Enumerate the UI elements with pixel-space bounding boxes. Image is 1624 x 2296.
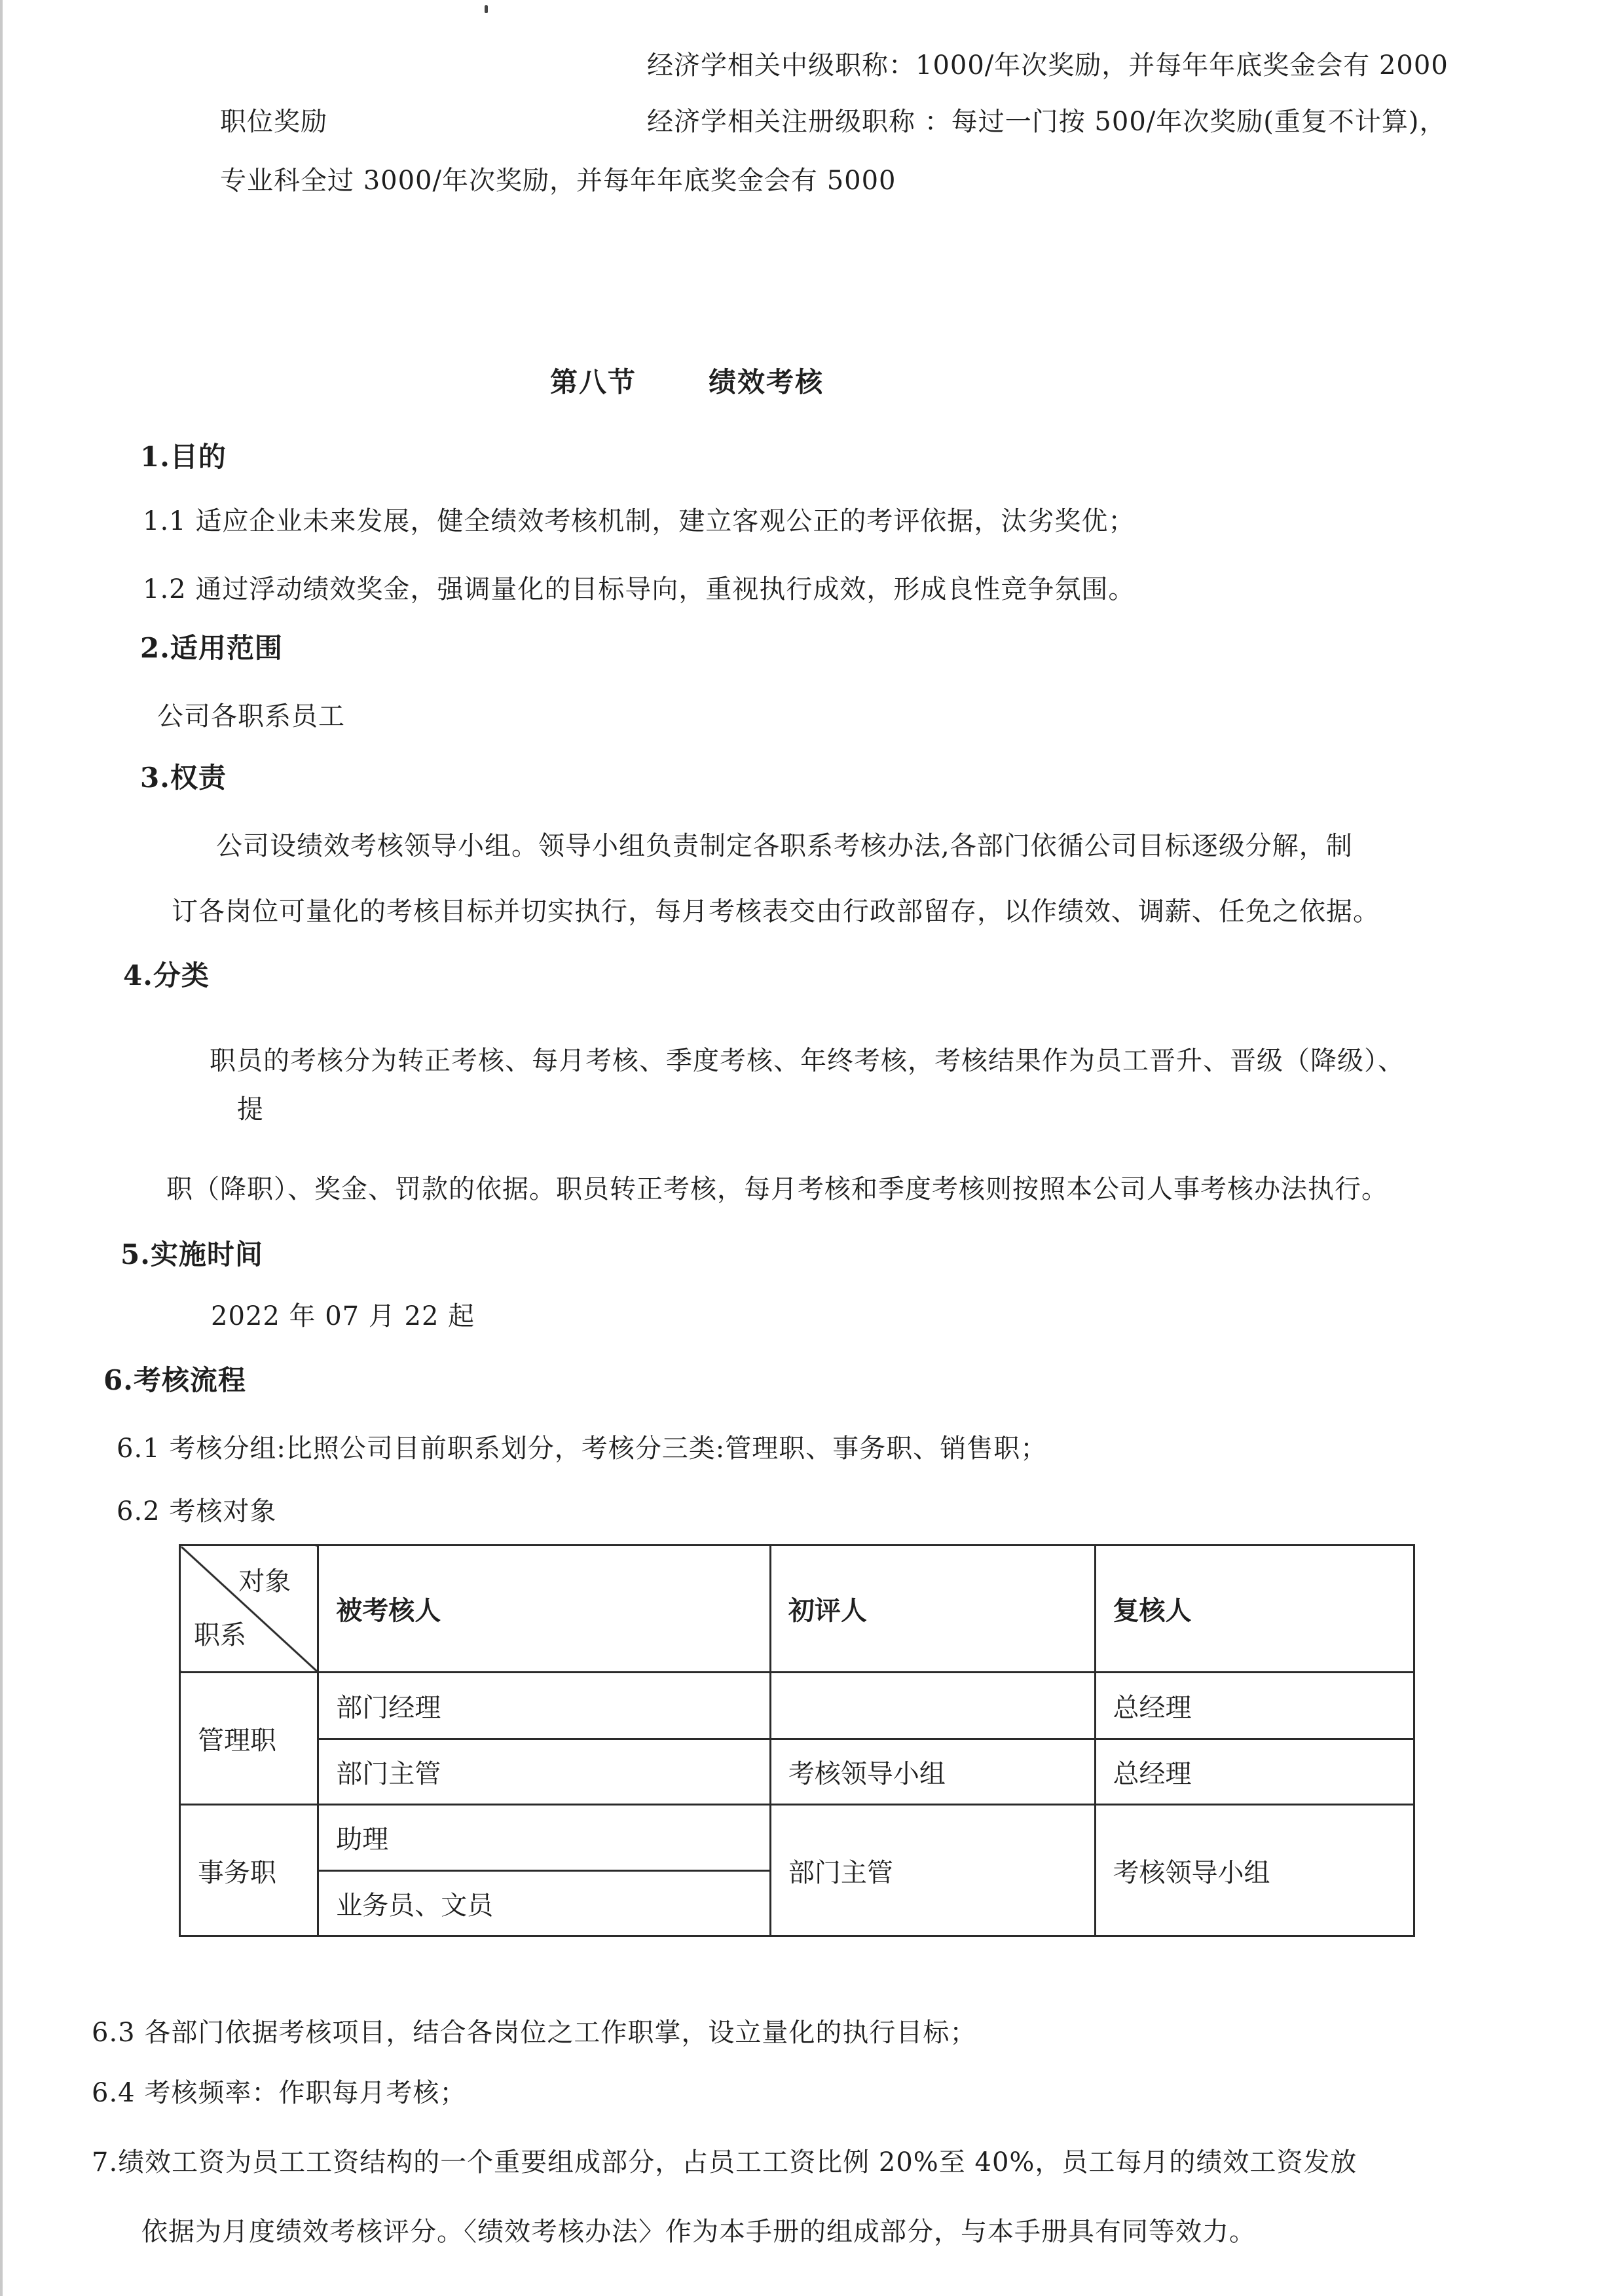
heading-responsibility: 3.权责 [140, 760, 227, 796]
heading-purpose: 1.目的 [140, 439, 227, 475]
section-number: 第八节 [550, 366, 637, 398]
classification-body-line-3: 职（降职）、奖金、罚款的依据。职员转正考核，每月考核和季度考核则按照本公司人事考… [166, 1171, 1388, 1208]
purpose-item-1-1: 1.1 适应企业未来发展，健全绩效考核机制，建立客观公正的考评依据，汰劣奖优； [143, 503, 1135, 540]
scan-artifact [485, 5, 488, 13]
table-row: 事务职 助理 部门主管 考核领导小组 [180, 1805, 1414, 1870]
corner-label-object: 对象 [238, 1561, 291, 1598]
assessment-table: 对象 职系 被考核人 初评人 复核人 管理职 部门经理 总经理 部门主管 考核领… [179, 1544, 1415, 1937]
heading-effective-date: 5.实施时间 [120, 1236, 263, 1273]
award-line-all-subjects: 专业科全过 3000/年次奖励，并每年年底奖金会有 5000 [220, 162, 896, 199]
process-item-6-3: 6.3 各部门依据考核项目，结合各岗位之工作职掌，设立量化的执行目标； [92, 2014, 976, 2051]
header-final-reviewer: 复核人 [1095, 1546, 1414, 1673]
final-reviewer-cell: 考核领导小组 [1095, 1805, 1414, 1936]
corner-label-category: 职系 [194, 1614, 246, 1652]
table-row: 部门主管 考核领导小组 总经理 [180, 1739, 1414, 1804]
process-item-6-2: 6.2 考核对象 [117, 1493, 276, 1530]
category-administrative: 事务职 [180, 1805, 318, 1936]
final-reviewer-cell: 总经理 [1095, 1672, 1414, 1739]
award-line-registered-title: 经济学相关注册级职称 ：每过一门按 500/年次奖励(重复不计算)， [647, 103, 1446, 140]
process-item-6-4: 6.4 考核频率：作职每月考核； [92, 2075, 466, 2111]
subject-cell: 助理 [318, 1805, 771, 1870]
classification-body-line-1: 职员的考核分为转正考核、每月考核、季度考核、年终考核，考核结果作为员工晋升、晋级… [210, 1043, 1405, 1079]
table-header-row: 对象 职系 被考核人 初评人 复核人 [180, 1546, 1414, 1673]
responsibility-body-line-2: 订各岗位可量化的考核目标并切实执行，每月考核表交由行政部留存，以作绩效、调薪、任… [172, 893, 1380, 930]
table-row: 管理职 部门经理 总经理 [180, 1672, 1414, 1739]
diagonal-header-cell: 对象 职系 [180, 1546, 318, 1673]
scope-body: 公司各职系员工 [157, 698, 345, 735]
initial-reviewer-cell: 考核领导小组 [770, 1739, 1095, 1804]
header-initial-reviewer: 初评人 [770, 1546, 1095, 1673]
initial-reviewer-cell: 部门主管 [770, 1805, 1095, 1936]
performance-pay-line-1: 7.绩效工资为员工工资结构的一个重要组成部分，占员工工资比例 20%至 40%，… [92, 2144, 1357, 2181]
section-name: 绩效考核 [709, 366, 824, 398]
heading-process: 6.考核流程 [103, 1362, 246, 1399]
header-subject: 被考核人 [318, 1546, 771, 1673]
scan-page-edge [0, 0, 3, 2296]
category-management: 管理职 [180, 1672, 318, 1805]
award-label: 职位奖励 [220, 103, 327, 140]
award-line-intermediate-title: 经济学相关中级职称：1000/年次奖励，并每年年底奖金会有 2000 [647, 47, 1449, 84]
effective-date: 2022 年 07 月 22 起 [211, 1298, 475, 1335]
subject-cell: 部门主管 [318, 1739, 771, 1804]
subject-cell: 部门经理 [318, 1672, 771, 1739]
initial-reviewer-cell [770, 1672, 1095, 1739]
section-title: 第八节绩效考核 [550, 364, 824, 401]
subject-cell: 业务员、文员 [318, 1870, 771, 1936]
final-reviewer-cell: 总经理 [1095, 1739, 1414, 1804]
responsibility-body-line-1: 公司设绩效考核领导小组。领导小组负责制定各职系考核办法,各部门依循公司目标逐级分… [216, 828, 1353, 864]
purpose-item-1-2: 1.2 通过浮动绩效奖金，强调量化的目标导向，重视执行成效，形成良性竞争氛围。 [143, 571, 1135, 608]
performance-pay-line-2: 依据为月度绩效考核评分。〈绩效考核办法〉作为本手册的组成部分，与本手册具有同等效… [141, 2213, 1256, 2250]
heading-classification: 4.分类 [123, 957, 210, 994]
process-item-6-1: 6.1 考核分组:比照公司目前职系划分，考核分三类:管理职、事务职、销售职； [117, 1430, 1047, 1467]
heading-scope: 2.适用范围 [140, 630, 283, 667]
classification-body-line-2: 提 [237, 1091, 264, 1128]
